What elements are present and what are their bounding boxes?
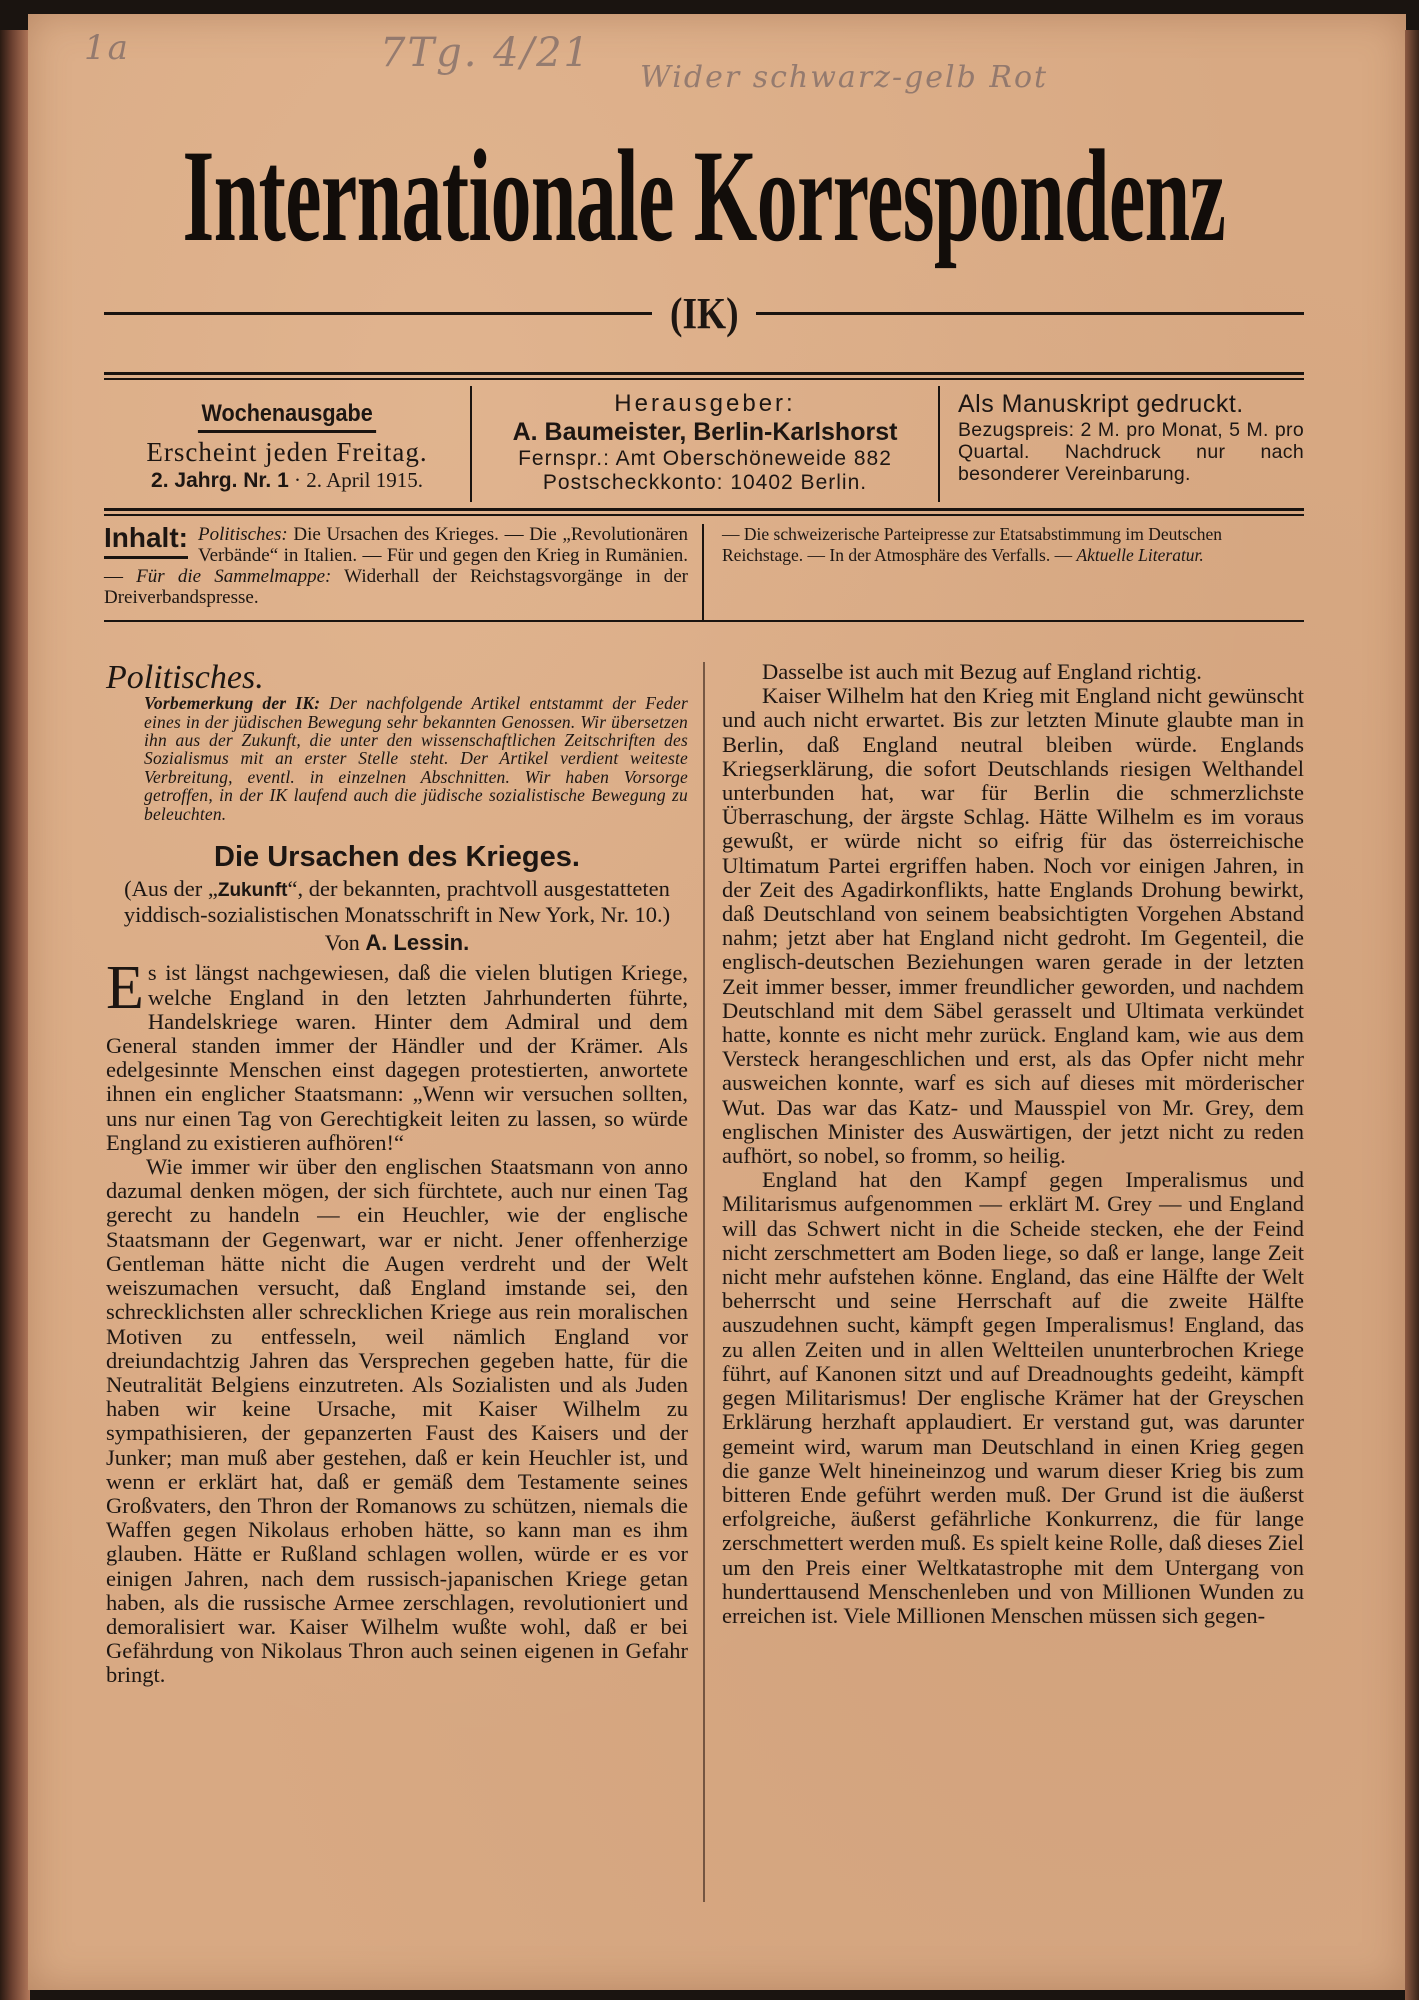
double-rule-top xyxy=(104,372,1304,380)
paragraph: Dasselbe ist auch mit Bezug auf England … xyxy=(722,660,1304,684)
double-rule-mid xyxy=(104,508,1304,516)
contents-bottom-rule xyxy=(104,620,1304,622)
phone: Fernspr.: Amt Oberschöneweide 882 xyxy=(472,447,938,471)
article-column-left: Politisches. Vorbemerkung der IK: Der na… xyxy=(106,660,688,1688)
binding-edge xyxy=(0,30,30,2000)
column-divider xyxy=(703,662,705,1902)
publisher-info: Herausgeber: A. Baumeister, Berlin-Karls… xyxy=(472,386,940,502)
paragraph: Wie immer wir über den englischen Staats… xyxy=(106,1155,688,1687)
drop-cap: E xyxy=(106,963,144,1013)
price-terms: Bezugspreis: 2 M. pro Monat, 5 M. pro Qu… xyxy=(958,419,1304,485)
subscription-info: Als Manuskript gedruckt. Bezugspreis: 2 … xyxy=(940,386,1304,502)
page-edge xyxy=(1405,30,1419,2000)
rule-right xyxy=(756,312,1304,315)
paragraph: Es ist längst nachgewiesen, daß die viel… xyxy=(106,961,688,1155)
pencil-note: 7Tg. 4/21 xyxy=(380,30,591,76)
paragraph: Kaiser Wilhelm hat den Krieg mit England… xyxy=(722,684,1304,1168)
contents-part: Politisches: xyxy=(198,524,288,545)
pencil-note: 1a xyxy=(84,28,130,68)
contents-italic: Aktuelle Literatur. xyxy=(1076,545,1203,565)
section-title: Politisches. xyxy=(106,666,688,690)
publisher-name: A. Baumeister, Berlin-Karlshorst xyxy=(472,418,938,447)
source-name: Zukunft xyxy=(218,880,288,901)
issue-number: 2. Jahrg. Nr. 1 xyxy=(151,469,289,492)
issue-sep: · xyxy=(289,468,307,492)
byline: Von A. Lessin. xyxy=(106,931,688,955)
rule-left xyxy=(104,312,652,315)
author: A. Lessin. xyxy=(365,930,469,955)
source-pre: (Aus der „ xyxy=(124,876,218,901)
article-column-right: Dasselbe ist auch mit Bezug auf England … xyxy=(722,660,1304,1628)
contents-left: Inhalt: Politisches: Die Ursachen des Kr… xyxy=(104,524,704,620)
frequency: Erscheint jeden Freitag. xyxy=(104,437,470,468)
publisher-label: Herausgeber: xyxy=(472,390,938,418)
contents-part: Für die Sammelmappe: xyxy=(136,566,331,587)
preface-label: Vorbemerkung der IK: xyxy=(144,693,320,713)
masthead-title: Internationale Korrespondenz xyxy=(104,130,1304,262)
article-title: Die Ursachen des Krieges. xyxy=(106,845,688,869)
table-of-contents: Inhalt: Politisches: Die Ursachen des Kr… xyxy=(104,524,1304,620)
issue-date: 2. April 1915. xyxy=(306,468,423,492)
edition-info: Wochenausgabe Erscheint jeden Freitag. 2… xyxy=(104,386,472,502)
postal-account: Postscheckkonto: 10402 Berlin. xyxy=(472,471,938,495)
paragraph: England hat den Kampf gegen Imperalismus… xyxy=(722,1168,1304,1628)
contents-right: — Die schweizerische Parteipresse zur Et… xyxy=(704,524,1304,620)
contents-label: Inhalt: xyxy=(104,524,188,559)
editorial-preface: Vorbemerkung der IK: Der nachfolgende Ar… xyxy=(144,694,688,823)
article-source: (Aus der „Zukunft“, der bekannten, prach… xyxy=(106,877,688,927)
info-box: Wochenausgabe Erscheint jeden Freitag. 2… xyxy=(104,386,1304,502)
pencil-note: Wider schwarz-gelb Rot xyxy=(640,60,1048,95)
edition-label: Wochenausgabe xyxy=(198,400,376,433)
masthead-abbrev: (IK) xyxy=(660,288,749,339)
byline-pre: Von xyxy=(325,930,366,955)
preface-text: Der nachfolgende Artikel entstammt der F… xyxy=(144,693,688,823)
masthead-subtitle-row: (IK) xyxy=(104,288,1304,338)
issue-line: 2. Jahrg. Nr. 1 · 2. April 1915. xyxy=(104,468,470,493)
manuscript-note: Als Manuskript gedruckt. xyxy=(958,390,1304,419)
scanned-page: 1a 7Tg. 4/21 Wider schwarz-gelb Rot Inte… xyxy=(0,0,1419,2000)
paragraph-text: s ist längst nachgewiesen, daß die viele… xyxy=(106,960,688,1154)
